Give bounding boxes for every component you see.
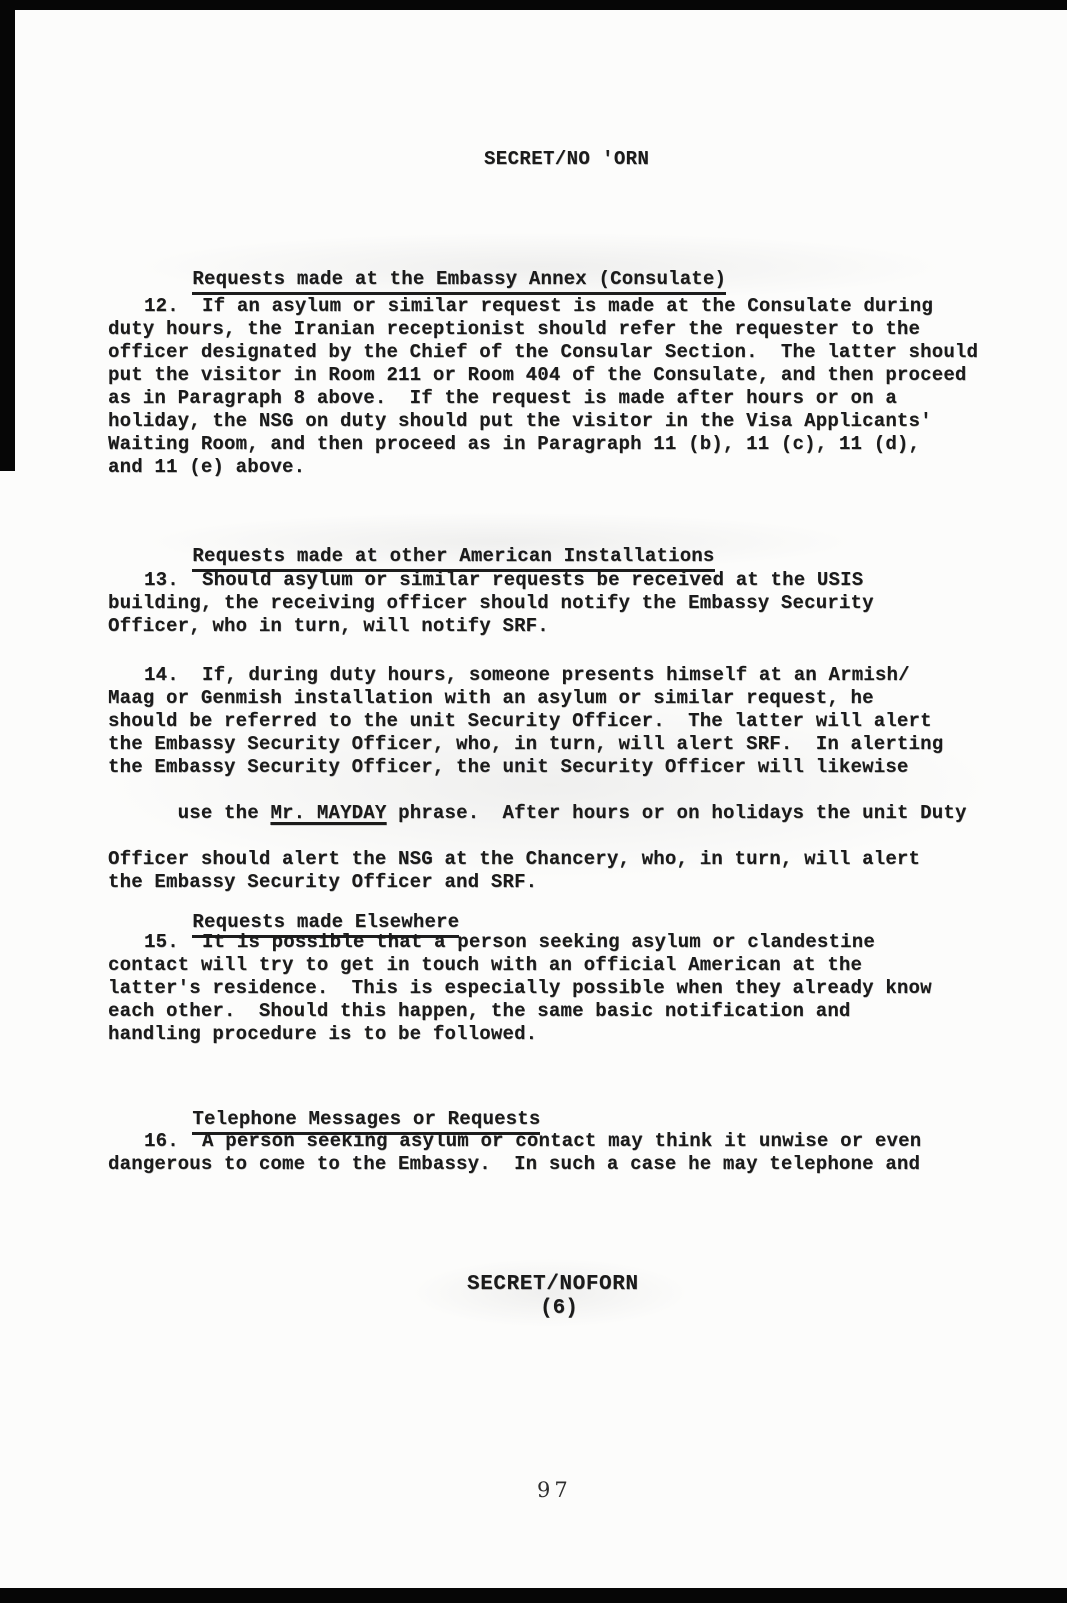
- paragraph-line: the Embassy Security Officer, who, in tu…: [108, 733, 967, 756]
- paragraph-16: 16. A person seeking asylum or contact m…: [108, 1130, 921, 1176]
- page-number: 97: [537, 1478, 572, 1502]
- mayday-phrase: Mr. MAYDAY: [270, 802, 386, 824]
- paragraph-line: 15. It is possible that a person seeking…: [108, 931, 932, 954]
- paragraph-line: 13. Should asylum or similar requests be…: [108, 569, 874, 592]
- paragraph-line: building, the receiving officer should n…: [108, 592, 874, 615]
- paragraph-15: 15. It is possible that a person seeking…: [108, 931, 932, 1046]
- paragraph-line: 14. If, during duty hours, someone prese…: [108, 664, 967, 687]
- paragraph-line: Officer should alert the NSG at the Chan…: [108, 848, 967, 871]
- paragraph-line: put the visitor in Room 211 or Room 404 …: [108, 364, 978, 387]
- paragraph-line: the Embassy Security Officer, the unit S…: [108, 756, 967, 779]
- scan-edge-left: [0, 0, 15, 471]
- paragraph-line: holiday, the NSG on duty should put the …: [108, 410, 978, 433]
- paragraph-line: Waiting Room, and then proceed as in Par…: [108, 433, 978, 456]
- mayday-line-pre: use the: [178, 802, 271, 824]
- paragraph-line: and 11 (e) above.: [108, 456, 978, 479]
- scan-edge-top: [0, 0, 1067, 10]
- document-page: SECRET/NO 'ORN Requests made at the Emba…: [0, 0, 1067, 1603]
- mayday-line-post: phrase. After hours or on holidays the u…: [386, 802, 966, 824]
- section-heading-text: Requests made at the Embassy Annex (Cons…: [192, 268, 726, 295]
- paragraph-line: contact will try to get in touch with an…: [108, 954, 932, 977]
- paragraph-line: Maag or Genmish installation with an asy…: [108, 687, 967, 710]
- paragraph-line-mayday: use the Mr. MAYDAY phrase. After hours o…: [108, 779, 967, 848]
- paragraph-13: 13. Should asylum or similar requests be…: [108, 569, 874, 638]
- paragraph-line: handling procedure is to be followed.: [108, 1023, 932, 1046]
- copy-number: (6): [540, 1297, 578, 1320]
- paragraph-line: duty hours, the Iranian receptionist sho…: [108, 318, 978, 341]
- classification-marking-bottom: SECRET/NOFORN: [467, 1273, 639, 1296]
- paragraph-line: 16. A person seeking asylum or contact m…: [108, 1130, 921, 1153]
- paragraph-line: as in Paragraph 8 above. If the request …: [108, 387, 978, 410]
- paragraph-line: officer designated by the Chief of the C…: [108, 341, 978, 364]
- paragraph-line: dangerous to come to the Embassy. In suc…: [108, 1153, 921, 1176]
- section-heading-text: Requests made at other American Installa…: [192, 545, 714, 572]
- paragraph-line: latter's residence. This is especially p…: [108, 977, 932, 1000]
- scan-edge-bottom: [0, 1588, 1067, 1603]
- paragraph-line: should be referred to the unit Security …: [108, 710, 967, 733]
- paragraph-line: 12. If an asylum or similar request is m…: [108, 295, 978, 318]
- paragraph-12: 12. If an asylum or similar request is m…: [108, 295, 978, 479]
- paragraph-line: Officer, who in turn, will notify SRF.: [108, 615, 874, 638]
- classification-marking-top: SECRET/NO 'ORN: [484, 148, 649, 170]
- paragraph-14: 14. If, during duty hours, someone prese…: [108, 664, 967, 894]
- paragraph-line: each other. Should this happen, the same…: [108, 1000, 932, 1023]
